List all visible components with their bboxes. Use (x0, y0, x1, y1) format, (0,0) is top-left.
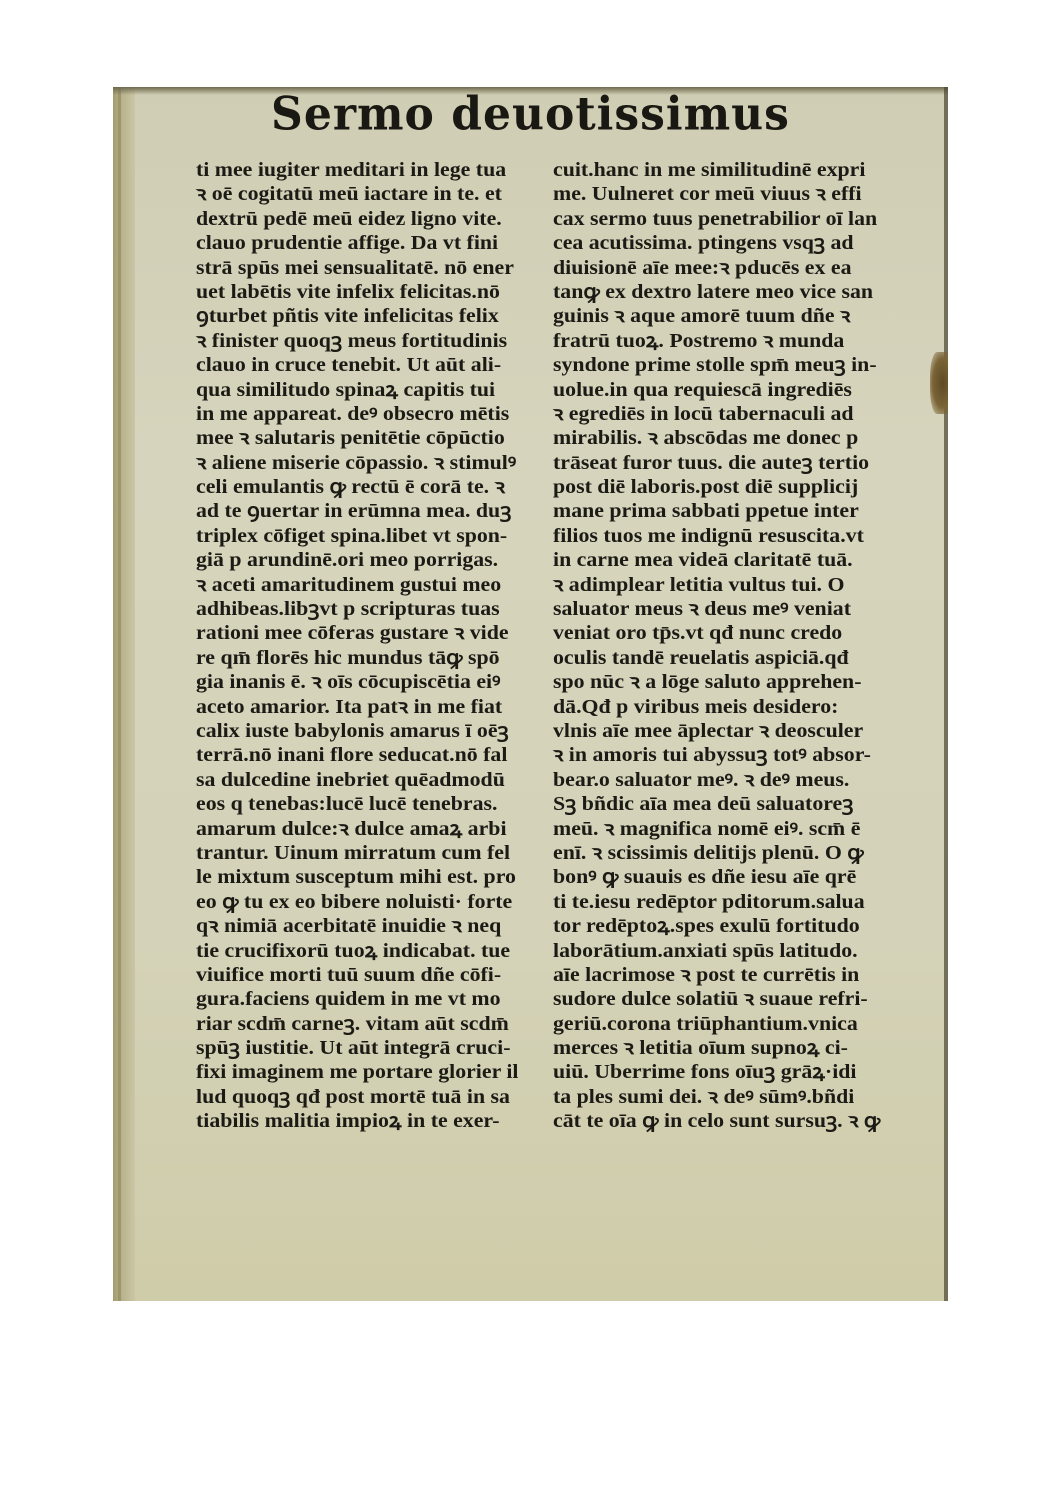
text-line: me. Uulneret cor meū viuus ꝛ effi (553, 183, 908, 207)
text-line: trantur. Uinum mirratum cum fel (196, 842, 536, 866)
text-line: ꝛ egrediēs in locū tabernaculi ad (553, 403, 908, 427)
text-line-content: saluator meus ꝛ deus meꝰ veniat (553, 598, 851, 622)
text-line: veniat oro tp̄s.vt qđ nunc credo (553, 622, 908, 646)
text-line-content: oculis tandē reuelatis aspiciā.qđ (553, 647, 849, 671)
text-line: sudore dulce solatiū ꝛ suaue refri- (553, 988, 908, 1012)
text-line: cāt te oīa ꝙ in celo sunt sursuꝫ. ꝛ ꝙ (553, 1110, 908, 1134)
text-line: celi emulantis ꝙ rectū ē corā te. ꝛ (196, 476, 536, 500)
text-line-content: guinis ꝛ aque amorē tuum dñe ꝛ (553, 305, 850, 329)
text-line: syndone prime stolle spm̄ meuꝫ in- (553, 354, 908, 378)
text-line-content: enī. ꝛ scissimis delitijs plenū. O ꝙ (553, 842, 864, 866)
text-line: rationi mee cōferas gustare ꝛ vide (196, 622, 536, 646)
text-line-content: in me appareat. deꝰ obsecro mētis (196, 403, 509, 427)
text-line: gura.faciens quidem in me vt mo (196, 988, 536, 1012)
text-line-content: ꝛ oē cogitatū meū iactare in te. et (196, 183, 502, 207)
text-line: aīe lacrimose ꝛ post te currētis in (553, 964, 908, 988)
text-line-content: sa dulcedine inebriet quēadmodū (196, 769, 505, 793)
page-gutter (113, 87, 135, 1301)
text-line-content: geriū.corona triūphantium.vnica (553, 1013, 858, 1037)
text-line-content: triplex cōfiget spina.libet vt spon- (196, 525, 507, 549)
text-line-content: vlnis aīe mee āplectar ꝛ deosculer (553, 720, 863, 744)
text-line: le mixtum susceptum mihi est. pro (196, 866, 536, 890)
text-line-content: clauo in cruce tenebit. Ut aūt ali- (196, 354, 501, 378)
text-line: strā spūs mei sensualitatē. nō ener (196, 257, 536, 281)
text-line-content: viuifice morti tuū suum dñe cōfi- (196, 964, 501, 988)
text-line: calix iuste babylonis amarus ī oēꝫ (196, 720, 536, 744)
text-line-content: giā p arundinē.ori meo porrigas. (196, 549, 498, 573)
text-line-content: mee ꝛ salutaris penitētie cōpūctio (196, 427, 505, 451)
text-line: cea acutissima. ptingens vsqꝫ ad (553, 232, 908, 256)
text-line-content: ꝛ adimplear letitia vultus tui. O (553, 574, 844, 598)
text-line: ad te ꝯuertar in erūmna mea. duꝫ (196, 500, 536, 524)
text-line: gia inanis ē. ꝛ oīs cōcupiscētia eiꝰ (196, 671, 536, 695)
text-line: enī. ꝛ scissimis delitijs plenū. O ꝙ (553, 842, 908, 866)
text-line-content: tie crucifixorū tuoꝝ indicabat. tue (196, 940, 510, 964)
text-line-content: veniat oro tp̄s.vt qđ nunc credo (553, 622, 842, 646)
text-column-right: cuit.hanc in me similitudinē exprime. Uu… (553, 159, 908, 1135)
text-line-content: ꝛ aliene miserie cōpassio. ꝛ stimulꝰ (196, 452, 516, 476)
text-line: diuisionē aīe mee:ꝛ pducēs ex ea (553, 257, 908, 281)
text-line: clauo in cruce tenebit. Ut aūt ali- (196, 354, 536, 378)
text-line: vlnis aīe mee āplectar ꝛ deosculer (553, 720, 908, 744)
text-line-content: fratrū tuoꝝ. Postremo ꝛ munda (553, 330, 844, 354)
text-line: in me appareat. deꝰ obsecro mētis (196, 403, 536, 427)
text-line-content: ad te ꝯuertar in erūmna mea. duꝫ (196, 500, 511, 524)
text-line: oculis tandē reuelatis aspiciā.qđ (553, 647, 908, 671)
text-line: spo nūc ꝛ a lōge saluto apprehen- (553, 671, 908, 695)
text-line: bonꝰ ꝙ suauis es dñe iesu aīe qrē (553, 866, 908, 890)
text-line: dā.Qđ p viribus meis desidero: (553, 696, 908, 720)
text-line-content: filios tuos me indignū resuscita.vt (553, 525, 864, 549)
text-line-content: aīe lacrimose ꝛ post te currētis in (553, 964, 859, 988)
text-line: ꝛ oē cogitatū meū iactare in te. et (196, 183, 536, 207)
text-line: tor redēptoꝝ.spes exulū fortitudo (553, 915, 908, 939)
text-line: ꝛ adimplear letitia vultus tui. O (553, 574, 908, 598)
text-line: Sꝫ bñdic aīa mea deū saluatoreꝫ (553, 793, 908, 817)
text-line: amarum dulce:ꝛ dulce amaꝝ arbi (196, 818, 536, 842)
text-line-content: sudore dulce solatiū ꝛ suaue refri- (553, 988, 868, 1012)
text-line-content: diuisionē aīe mee:ꝛ pducēs ex ea (553, 257, 851, 281)
text-line-content: ti te.iesu redēptor pditorum.salua (553, 891, 865, 915)
text-line: lud quoqꝫ qđ post mortē tuā in sa (196, 1086, 536, 1110)
text-line-content: fixi imaginem me portare glorier il (196, 1061, 518, 1085)
text-line-content: spūꝫ iustitie. Ut aūt integrā cruci- (196, 1037, 510, 1061)
text-line-content: mane prima sabbati ppetue inter (553, 500, 859, 524)
text-line: saluator meus ꝛ deus meꝰ veniat (553, 598, 908, 622)
text-line-content: Sꝫ bñdic aīa mea deū saluatoreꝫ (553, 793, 853, 817)
text-line: post diē laboris.post diē supplicij (553, 476, 908, 500)
text-line-content: dā.Qđ p viribus meis desidero: (553, 696, 838, 720)
text-line-content: riar scdm̄ carneꝫ. vitam aūt scdm̄ (196, 1013, 509, 1037)
text-line-content: uiū. Uberrime fons oīuꝫ grāꝝ·idi (553, 1061, 856, 1085)
text-line-content: ꝛ in amoris tui abyssuꝫ totꝰ absor- (553, 744, 871, 768)
text-line-content: tiabilis malitia impioꝝ in te exer- (196, 1110, 500, 1134)
text-line: guinis ꝛ aque amorē tuum dñe ꝛ (553, 305, 908, 329)
text-line: spūꝫ iustitie. Ut aūt integrā cruci- (196, 1037, 536, 1061)
text-line: re qm̄ florēs hic mundus tāꝙ spō (196, 647, 536, 671)
text-line-content: merces ꝛ letitia oīum supnoꝝ ci- (553, 1037, 848, 1061)
text-line: sa dulcedine inebriet quēadmodū (196, 769, 536, 793)
text-line-content: adhibeas.libꝫvt p scripturas tuas (196, 598, 500, 622)
text-line-content: ta ples sumi dei. ꝛ deꝰ sūmꝰ.bñdi (553, 1086, 854, 1110)
text-line-content: trantur. Uinum mirratum cum fel (196, 842, 510, 866)
text-line: ꝯturbet pñtis vite infelicitas felix (196, 305, 536, 329)
text-line-content: aceto amarior. Ita patꝛ in me fiat (196, 696, 502, 720)
text-line: tanꝙ ex dextro latere meo vice san (553, 281, 908, 305)
text-line-content: ti mee iugiter meditari in lege tua (196, 159, 506, 183)
text-line: dextrū pedē meū eidez ligno vite. (196, 208, 536, 232)
text-line-content: post diē laboris.post diē supplicij (553, 476, 858, 500)
text-line-content: lud quoqꝫ qđ post mortē tuā in sa (196, 1086, 510, 1110)
text-line-content: dextrū pedē meū eidez ligno vite. (196, 208, 502, 232)
text-line: ti mee iugiter meditari in lege tua (196, 159, 536, 183)
paper-stain (930, 352, 948, 414)
text-line-content: bear.o saluator meꝰ. ꝛ deꝰ meus. (553, 769, 849, 793)
text-column-left: ti mee iugiter meditari in lege tuaꝛ oē … (196, 159, 536, 1135)
text-line: ꝛ in amoris tui abyssuꝫ totꝰ absor- (553, 744, 908, 768)
text-line: filios tuos me indignū resuscita.vt (553, 525, 908, 549)
text-line: tiabilis malitia impioꝝ in te exer- (196, 1110, 536, 1134)
text-line-content: tanꝙ ex dextro latere meo vice san (553, 281, 873, 305)
text-line: giā p arundinē.ori meo porrigas. (196, 549, 536, 573)
text-line: viuifice morti tuū suum dñe cōfi- (196, 964, 536, 988)
text-line: aceto amarior. Ita patꝛ in me fiat (196, 696, 536, 720)
text-line-content: uolue.in qua requiescā ingrediēs (553, 379, 852, 403)
text-line-content: gia inanis ē. ꝛ oīs cōcupiscētia eiꝰ (196, 671, 500, 695)
text-line: fratrū tuoꝝ. Postremo ꝛ munda (553, 330, 908, 354)
text-line: mane prima sabbati ppetue inter (553, 500, 908, 524)
text-line-content: qua similitudo spinaꝝ capitis tui (196, 379, 495, 403)
text-line: uiū. Uberrime fons oīuꝫ grāꝝ·idi (553, 1061, 908, 1085)
text-line-content: in carne mea videā claritatē tuā. (553, 549, 853, 573)
text-line-content: uet labētis vite infelix felicitas.nō (196, 281, 500, 305)
text-line: uolue.in qua requiescā ingrediēs (553, 379, 908, 403)
text-line: qua similitudo spinaꝝ capitis tui (196, 379, 536, 403)
text-line: trāseat furor tuus. die auteꝫ tertio (553, 452, 908, 476)
text-line-content: me. Uulneret cor meū viuus ꝛ effi (553, 183, 862, 207)
text-line-content: cuit.hanc in me similitudinē expri (553, 159, 865, 183)
text-line-content: mirabilis. ꝛ abscōdas me donec p (553, 427, 858, 451)
gutter-edge-line (118, 87, 121, 1301)
text-line: geriū.corona triūphantium.vnica (553, 1013, 908, 1037)
text-line: qꝛ nimiā acerbitatē inuidie ꝛ neq (196, 915, 536, 939)
text-line: adhibeas.libꝫvt p scripturas tuas (196, 598, 536, 622)
text-line: tie crucifixorū tuoꝝ indicabat. tue (196, 940, 536, 964)
text-line-content: eos q tenebas:lucē lucē tenebras. (196, 793, 497, 817)
text-line: ꝛ aliene miserie cōpassio. ꝛ stimulꝰ (196, 452, 536, 476)
text-line: in carne mea videā claritatē tuā. (553, 549, 908, 573)
text-line-content: rationi mee cōferas gustare ꝛ vide (196, 622, 509, 646)
text-line-content: terrā.nō inani flore seducat.nō fal (196, 744, 507, 768)
text-line-content: ꝯturbet pñtis vite infelicitas felix (196, 305, 499, 329)
text-line-content: clauo prudentie affige. Da vt fini (196, 232, 498, 256)
text-line-content: tor redēptoꝝ.spes exulū fortitudo (553, 915, 860, 939)
text-line-content: cax sermo tuus penetrabilior oī lan (553, 208, 877, 232)
text-line: terrā.nō inani flore seducat.nō fal (196, 744, 536, 768)
page-right-edge (944, 87, 948, 1301)
text-line: bear.o saluator meꝰ. ꝛ deꝰ meus. (553, 769, 908, 793)
text-line-content: ꝛ aceti amaritudinem gustui meo (196, 574, 501, 598)
page-title: Sermo deuotissimus (113, 88, 948, 142)
text-line: merces ꝛ letitia oīum supnoꝝ ci- (553, 1037, 908, 1061)
text-line: uet labētis vite infelix felicitas.nō (196, 281, 536, 305)
text-line-content: strā spūs mei sensualitatē. nō ener (196, 257, 514, 281)
text-line-content: amarum dulce:ꝛ dulce amaꝝ arbi (196, 818, 507, 842)
text-line: mirabilis. ꝛ abscōdas me donec p (553, 427, 908, 451)
text-line-content: gura.faciens quidem in me vt mo (196, 988, 501, 1012)
text-line: cax sermo tuus penetrabilior oī lan (553, 208, 908, 232)
book-page-scan: Sermo deuotissimus ti mee iugiter medita… (113, 87, 948, 1301)
text-line: eos q tenebas:lucē lucē tenebras. (196, 793, 536, 817)
text-line-content: trāseat furor tuus. die auteꝫ tertio (553, 452, 869, 476)
text-line: meū. ꝛ magnifica nomē eiꝰ. scm̄ ē (553, 818, 908, 842)
text-line: ta ples sumi dei. ꝛ deꝰ sūmꝰ.bñdi (553, 1086, 908, 1110)
text-line-content: eo ꝙ tu ex eo bibere noluisti· forte (196, 891, 512, 915)
text-line-content: celi emulantis ꝙ rectū ē corā te. ꝛ (196, 476, 505, 500)
text-line: fixi imaginem me portare glorier il (196, 1061, 536, 1085)
text-line-content: spo nūc ꝛ a lōge saluto apprehen- (553, 671, 861, 695)
text-line-content: bonꝰ ꝙ suauis es dñe iesu aīe qrē (553, 866, 856, 890)
text-line: laborātium.anxiati spūs latitudo. (553, 940, 908, 964)
text-line-content: ꝛ egrediēs in locū tabernaculi ad (553, 403, 854, 427)
text-line: mee ꝛ salutaris penitētie cōpūctio (196, 427, 536, 451)
text-line-content: cea acutissima. ptingens vsqꝫ ad (553, 232, 854, 256)
text-line-content: qꝛ nimiā acerbitatē inuidie ꝛ neq (196, 915, 501, 939)
text-line: ti te.iesu redēptor pditorum.salua (553, 891, 908, 915)
text-line-content: laborātium.anxiati spūs latitudo. (553, 940, 858, 964)
text-line: riar scdm̄ carneꝫ. vitam aūt scdm̄ (196, 1013, 536, 1037)
text-line: eo ꝙ tu ex eo bibere noluisti· forte (196, 891, 536, 915)
text-line: clauo prudentie affige. Da vt fini (196, 232, 536, 256)
text-line-content: re qm̄ florēs hic mundus tāꝙ spō (196, 647, 500, 671)
text-line-content: ꝛ finister quoqꝫ meus fortitudinis (196, 330, 507, 354)
text-line: triplex cōfiget spina.libet vt spon- (196, 525, 536, 549)
text-line-content: cāt te oīa ꝙ in celo sunt sursuꝫ. ꝛ ꝙ (553, 1110, 880, 1134)
text-line-content: syndone prime stolle spm̄ meuꝫ in- (553, 354, 877, 378)
text-line: cuit.hanc in me similitudinē expri (553, 159, 908, 183)
text-line-content: meū. ꝛ magnifica nomē eiꝰ. scm̄ ē (553, 818, 860, 842)
text-line-content: le mixtum susceptum mihi est. pro (196, 866, 516, 890)
text-line-content: calix iuste babylonis amarus ī oēꝫ (196, 720, 509, 744)
text-line: ꝛ finister quoqꝫ meus fortitudinis (196, 330, 536, 354)
text-line: ꝛ aceti amaritudinem gustui meo (196, 574, 536, 598)
